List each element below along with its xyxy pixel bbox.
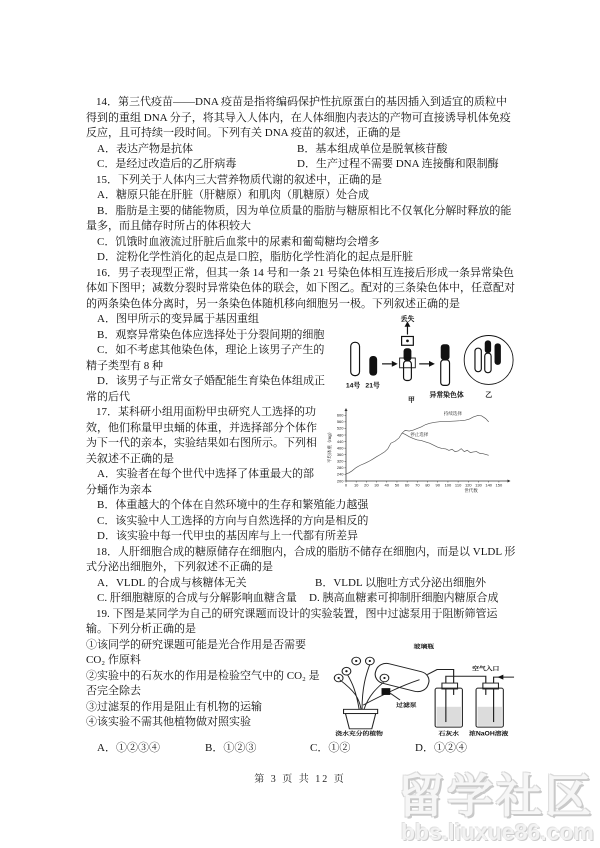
air-inlet-label: 空气入口 [472, 663, 499, 671]
svg-text:80: 80 [425, 483, 430, 488]
svg-text:440: 440 [337, 439, 344, 444]
svg-text:120: 120 [465, 483, 472, 488]
question-19: 19. 下图是某同学为自己的研究课题而设计的实验装置，图中过滤泵用于阻断筛管运输… [86, 607, 516, 757]
option-d: D．该实验中每一代甲虫的基因库与上一代都有所差异 [86, 529, 516, 545]
svg-text:70: 70 [415, 483, 420, 488]
option-b: B．脂肪是主要的储能物质，因为单位质量的脂肪与糖原相比不仅氧化分解时释放的能量多… [86, 204, 516, 235]
question-18-options-cd: C. 肝细胞糖原的合成与分解影响血糖含量 D. 胰高血糖素可抑制肝细胞内糖原合成 [86, 591, 516, 607]
arrow-up-icon [405, 321, 411, 334]
svg-text:140: 140 [485, 483, 492, 488]
figure-yi-label: 乙 [485, 391, 492, 399]
option-a: A．①②③④ [86, 741, 205, 757]
option-a: A．表达产物是抗体 [86, 142, 297, 158]
figure-jia-label: 甲 [408, 396, 415, 403]
option-a: A．VLDL 的合成与核糖体无关 [86, 576, 315, 592]
svg-text:280: 280 [337, 465, 344, 470]
exam-page-content: 14．第三代疫苗——DNA 疫苗是指将编码保护性抗原蛋白的基因插入到适宜的质粒中… [86, 95, 516, 756]
abnormal-chromosome-label: 异常染色体 [430, 390, 464, 399]
watermark: 留学社区 bbs.liuxue86.com [398, 773, 594, 844]
option-b: B．①②③ [205, 741, 310, 757]
plant-label: 浇水充分的植物 [335, 729, 383, 737]
question-18: 18．人肝细胞合成的糖原储存在细胞内，合成的脂肪不储存在细胞内，而是以 VLDL… [86, 545, 516, 607]
option-d: D. 胰高血糖素可抑制肝细胞内糖原合成 [309, 591, 498, 607]
svg-text:100: 100 [445, 483, 452, 488]
question-18-options-ab: A．VLDL 的合成与核糖体无关 B．VLDL 以胞吐方式分泌出细胞外 [86, 576, 516, 592]
watermark-url: bbs.liuxue86.com [398, 821, 594, 844]
svg-text:平均体重（mg）: 平均体重（mg） [326, 430, 333, 463]
question-14-options-cd: C．是经过改造后的乙肝病毒 D．生产过程不需要 DNA 连接酶和限制酶 [86, 157, 516, 173]
svg-text:400: 400 [337, 445, 344, 450]
question-17: 2002402803203604004404805205606000102030… [86, 405, 516, 545]
abnormal-chromosome [441, 344, 450, 385]
option-c: C．饥饿时血液流过肝脏后血浆中的尿素和葡萄糖均会增多 [86, 235, 516, 251]
svg-text:0: 0 [345, 483, 348, 488]
question-19-stem: 19. 下图是某同学为自己的研究课题而设计的实验装置，图中过滤泵用于阻断筛管运输… [86, 607, 516, 638]
question-14-options-ab: A．表达产物是抗体 B．基本组成单位是脱氧核苷酸 [86, 142, 516, 158]
svg-text:560: 560 [337, 419, 344, 424]
svg-text:10: 10 [354, 483, 359, 488]
watermark-title: 留学社区 [398, 773, 594, 819]
chromosome-14-label: 14号 [346, 380, 361, 389]
fused-chromosome [400, 348, 416, 380]
gas-bottle-limewater [435, 683, 462, 727]
svg-text:90: 90 [436, 483, 441, 488]
svg-text:600: 600 [337, 413, 344, 418]
svg-text:20: 20 [364, 483, 369, 488]
svg-text:240: 240 [337, 472, 344, 477]
figure-selection-chart: 2002402803203604004404805205606000102030… [326, 406, 516, 496]
svg-text:持续选择: 持续选择 [444, 410, 462, 417]
option-b: B．体重越大的个体在自然环境中的生存和繁殖能力越强 [86, 498, 516, 514]
option-d: D．①②④ [415, 741, 467, 757]
svg-text:360: 360 [337, 452, 344, 457]
question-16-stem: 16．男子表现型正常，但其一条 14 号和一条 21 号染色体相互连接后形成一条… [86, 266, 516, 313]
svg-text:520: 520 [337, 426, 344, 431]
filter-pump-label: 过滤泵 [395, 700, 417, 708]
limewater-label: 石灰水 [439, 729, 460, 737]
arrow-right-icon [382, 361, 398, 367]
gas-bottle-naoh [476, 683, 503, 727]
question-14-stem: 14．第三代疫苗——DNA 疫苗是指将编码保护性抗原蛋白的基因插入到适宜的质粒中… [86, 95, 516, 142]
svg-text:停止选择: 停止选择 [410, 431, 428, 438]
svg-text:480: 480 [337, 432, 344, 437]
chromosome-21-label: 21号 [365, 380, 380, 389]
option-d: D．生产过程不需要 DNA 连接酶和限制酶 [297, 157, 499, 173]
option-c: C．①② [310, 741, 415, 757]
svg-text:40: 40 [385, 483, 390, 488]
figure-apparatus-diagram: 玻璃瓶 过滤泵 [326, 639, 516, 739]
option-b: B．VLDL 以胞吐方式分泌出细胞外 [315, 576, 486, 592]
option-b: B．基本组成单位是脱氧核苷酸 [297, 142, 447, 158]
question-19-options: A．①②③④ B．①②③ C．①② D．①②④ [86, 741, 516, 757]
svg-text:130: 130 [475, 483, 482, 488]
question-15-stem: 15．下列关于人体内三大营养物质代谢的叙述中，正确的是 [86, 173, 516, 189]
glass-bottle [373, 661, 432, 694]
option-a: A．糖原只能在肝脏（肝糖原）和肌肉（肌糖原）处合成 [86, 188, 516, 204]
svg-text:60: 60 [405, 483, 410, 488]
arrow-left-icon [497, 674, 503, 679]
svg-text:50: 50 [395, 483, 400, 488]
option-c: C. 肝细胞糖原的合成与分解影响血糖含量 [86, 591, 309, 607]
chromosome-14 [351, 342, 360, 375]
filter-pump-leader [390, 693, 400, 700]
glass-bottle-label: 玻璃瓶 [414, 641, 435, 649]
naoh-label: 浓NaOH溶液 [469, 729, 509, 737]
question-16: 16．男子表现型正常，但其一条 14 号和一条 21 号染色体相互连接后形成一条… [86, 266, 516, 406]
figure-chromosome-diagram: 14号 21号 丢失 [341, 313, 516, 403]
lost-fragment [402, 336, 414, 345]
question-15: 15．下列关于人体内三大营养物质代谢的叙述中，正确的是 A．糖原只能在肝脏（肝糖… [86, 173, 516, 266]
filter-pump [382, 688, 391, 695]
option-d: D．淀粉化学性消化的起点是口腔，脂肪化学性消化的起点是肝脏 [86, 250, 516, 266]
pairing-circle [464, 336, 513, 385]
option-c: C．是经过改造后的乙肝病毒 [86, 157, 297, 173]
chromosome-21 [369, 356, 377, 376]
svg-text:200: 200 [337, 478, 344, 483]
option-c: C．该实验中人工选择的方向与自然选择的方向是相反的 [86, 514, 516, 530]
svg-text:世代数: 世代数 [464, 487, 478, 494]
question-14: 14．第三代疫苗——DNA 疫苗是指将编码保护性抗原蛋白的基因插入到适宜的质粒中… [86, 95, 516, 173]
svg-text:320: 320 [337, 459, 344, 464]
question-18-stem: 18．人肝细胞合成的糖原储存在细胞内，合成的脂肪不储存在细胞内，而是以 VLDL… [86, 545, 516, 576]
svg-text:110: 110 [455, 483, 462, 488]
svg-text:30: 30 [374, 483, 379, 488]
svg-text:150: 150 [496, 483, 503, 488]
arrow-right-icon [419, 361, 435, 367]
